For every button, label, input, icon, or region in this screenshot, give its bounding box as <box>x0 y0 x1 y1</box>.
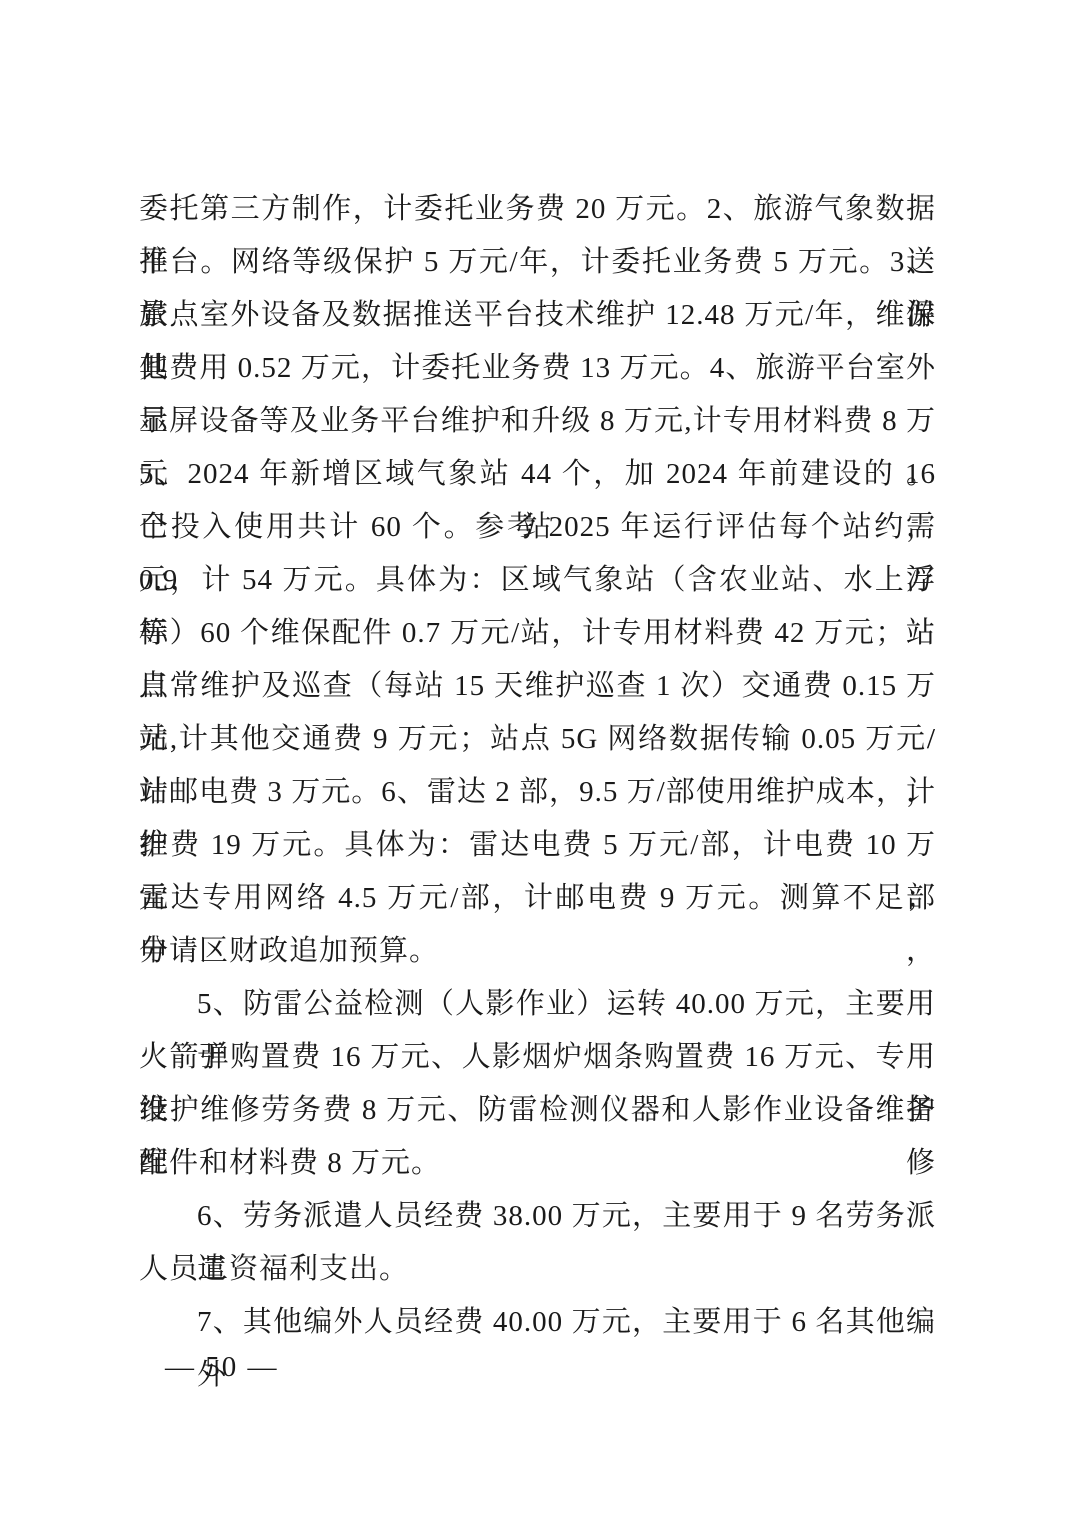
text-line: 护费 19 万元。具体为：雷达电费 5 万元/部，计电费 10 万元； <box>139 819 936 872</box>
page-number: — 50 — <box>165 1346 279 1388</box>
text-line: 站,计其他交通费 9 万元；站点 5G 网络数据传输 0.05 万元/站， <box>139 713 936 766</box>
text-line: 火箭弹购置费 16 万元、人影烟炉烟条购置费 16 万元、专用设备 <box>139 1031 936 1084</box>
text-line: 5、2024 年新增区域气象站 44 个，加 2024 年前建设的 16 个站， <box>139 448 936 501</box>
text-line: 示屏设备等及业务平台维护和升级 8 万元,计专用材料费 8 万元。 <box>139 395 936 448</box>
text-line: 景点室外设备及数据推送平台技术维护 12.48 万元/年，维保其 <box>139 289 936 342</box>
text-line: 计邮电费 3 万元。6、雷达 2 部，9.5 万/部使用维护成本，计维 <box>139 766 936 819</box>
text-line: 雷达专用网络 4.5 万元/部，计邮电费 9 万元。测算不足部分， <box>139 872 936 925</box>
text-line: 维护维修劳务费 8 万元、防雷检测仪器和人影作业设备维护维修 <box>139 1084 936 1137</box>
text-line: 委托第三方制作，计委托业务费 20 万元。2、旅游气象数据推送 <box>139 183 936 236</box>
text-line: 平台。网络等级保护 5 万元/年，计委托业务费 5 万元。3、旅游 <box>139 236 936 289</box>
document-page: 委托第三方制作，计委托业务费 20 万元。2、旅游气象数据推送平台。网络等级保护… <box>0 0 1074 1520</box>
text-body: 委托第三方制作，计委托业务费 20 万元。2、旅游气象数据推送平台。网络等级保护… <box>139 183 936 1349</box>
text-line: 元，计 54 万元。具体为：区域气象站（含农业站、水上浮标站 <box>139 554 936 607</box>
text-line: 等）60 个维保配件 0.7 万元/站，计专用材料费 42 万元；站点 <box>139 607 936 660</box>
text-line: 日常维护及巡查（每站 15 天维护巡查 1 次）交通费 0.15 万元/ <box>139 660 936 713</box>
text-line: 5、防雷公益检测（人影作业）运转 40.00 万元，主要用于 <box>139 978 936 1031</box>
text-line: 人员工资福利支出。 <box>139 1243 936 1296</box>
text-line: 6、劳务派遣人员经费 38.00 万元，主要用于 9 名劳务派遣 <box>139 1190 936 1243</box>
text-line: 7、其他编外人员经费 40.00 万元，主要用于 6 名其他编外 <box>139 1296 936 1349</box>
text-line: 他费用 0.52 万元，计委托业务费 13 万元。4、旅游平台室外显 <box>139 342 936 395</box>
text-line: 已投入使用共计 60 个。参考 2025 年运行评估每个站约需 0.9 万 <box>139 501 936 554</box>
